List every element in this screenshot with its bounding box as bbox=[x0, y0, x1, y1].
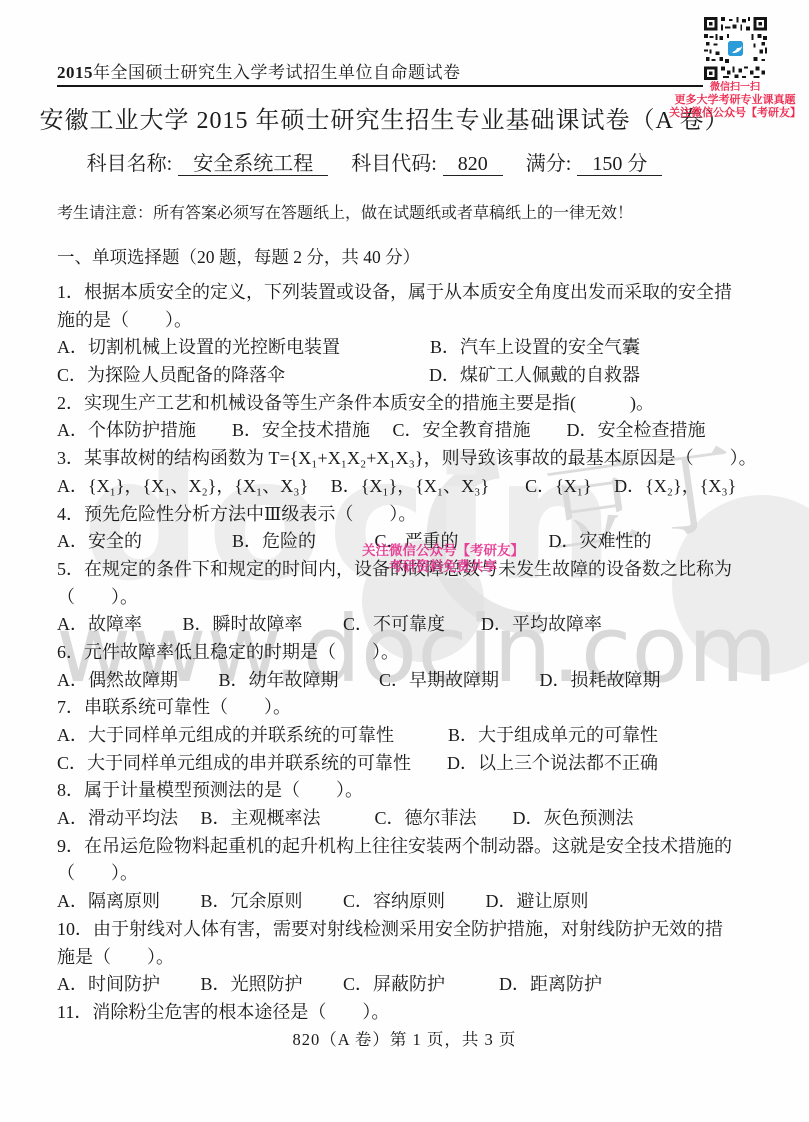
question-line: C．大于同样单元组成的串并联系统的可靠性 D．以上三个说法都不正确 bbox=[57, 750, 767, 778]
qr-caption-follow: 关注微信公众号【考研友】 bbox=[662, 107, 808, 120]
subject-name-value: 安全系统工程 bbox=[178, 153, 328, 176]
question-list: 1．根据本质安全的定义，下列装置或设备，属于从本质安全角度出发而采取的安全措施的… bbox=[57, 279, 767, 1027]
header-year: 2015 bbox=[57, 63, 93, 82]
question-line: A．时间防护 B．光照防护 C．屏蔽防护 D．距离防护 bbox=[57, 971, 767, 999]
question-line: （ ）。 bbox=[57, 860, 767, 888]
wechat-watermark-line1: 关注微信公众号【考研友】 bbox=[348, 543, 538, 559]
exam-paper-page: docin 豆丁 www.docin.com 关注微信公众号【考研友】 考研资料… bbox=[0, 0, 809, 1122]
qr-block: 微信扫一扫 更多大学考研专业课真题 关注微信公众号【考研友】 bbox=[662, 17, 808, 119]
header-text: 年全国硕士研究生入学考试招生单位自命题试卷 bbox=[93, 63, 461, 82]
qr-code-icon bbox=[704, 17, 767, 80]
wechat-watermark-line2: 考研资料免费共享 bbox=[348, 559, 538, 575]
subject-score-value: 150 分 bbox=[577, 153, 662, 176]
question-line: A．隔离原则 B．冗余原则 C．容纳原则 D．避让原则 bbox=[57, 888, 767, 916]
question-line: 2．实现生产工艺和机械设备等生产条件本质安全的措施主要是指( )。 bbox=[57, 390, 767, 418]
subject-code-label: 科目代码: bbox=[351, 153, 437, 175]
page-footer: 820（A 卷）第 1 页，共 3 页 bbox=[0, 1026, 809, 1050]
header-rule bbox=[57, 85, 703, 87]
question-line: A．{X₁}，{X₁、X₂}，{X₁、X₃} B．{X₁}，{X₁、X₃} C．… bbox=[57, 473, 767, 501]
question-line: 11．消除粉尘危害的根本途径是（ ）。 bbox=[57, 999, 767, 1027]
question-line: A．故障率 B．瞬时故障率 C．不可靠度 D．平均故障率 bbox=[57, 611, 767, 639]
question-line: A．个体防护措施 B．安全技术措施 C．安全教育措施 D．安全检查措施 bbox=[57, 417, 767, 445]
question-line: 7．串联系统可靠性（ ）。 bbox=[57, 694, 767, 722]
subject-line: 科目名称:安全系统工程 科目代码:820 满分:150 分 bbox=[0, 147, 749, 176]
question-line: 施的是（ ）。 bbox=[57, 307, 767, 335]
candidate-notice: 考生请注意：所有答案必须写在答题纸上，做在试题纸或者草稿纸上的一律无效！ bbox=[57, 200, 633, 223]
page-title: 安徽工业大学 2015 年硕士研究生招生专业基础课试卷（A 卷） bbox=[0, 100, 769, 135]
question-line: 3．某事故树的结构函数为 T={X₁+X₁X₂+X₁X₃}，则导致该事故的最基本… bbox=[57, 445, 767, 473]
question-line: 1．根据本质安全的定义，下列装置或设备，属于从本质安全角度出发而采取的安全措 bbox=[57, 279, 767, 307]
question-line: A．偶然故障期 B．幼年故障期 C．早期故障期 D．损耗故障期 bbox=[57, 667, 767, 695]
question-line: 8．属于计量模型预测法的是（ ）。 bbox=[57, 777, 767, 805]
qr-caption-more: 更多大学考研专业课真题 bbox=[662, 94, 808, 107]
question-line: A．滑动平均法 B．主观概率法 C．德尔菲法 D．灰色预测法 bbox=[57, 805, 767, 833]
question-line: 10．由于射线对人体有害，需要对射线检测采用安全防护措施，对射线防护无效的措 bbox=[57, 916, 767, 944]
subject-code-value: 820 bbox=[443, 153, 503, 176]
subject-name-label: 科目名称: bbox=[87, 153, 173, 175]
section-title: 一、单项选择题（20 题，每题 2 分，共 40 分） bbox=[57, 244, 420, 269]
question-line: 施是（ ）。 bbox=[57, 944, 767, 972]
question-line: 9．在吊运危险物料起重机的起升机构上往往安装两个制动器。这就是安全技术措施的 bbox=[57, 833, 767, 861]
qr-caption-scan: 微信扫一扫 bbox=[662, 82, 808, 94]
question-line: A．切割机械上设置的光控断电装置 B．汽车上设置的安全气囊 bbox=[57, 334, 767, 362]
question-line: 6．元件故障率低且稳定的时期是（ ）。 bbox=[57, 639, 767, 667]
wechat-watermark: 关注微信公众号【考研友】 考研资料免费共享 bbox=[348, 543, 538, 574]
question-line: （ ）。 bbox=[57, 584, 767, 612]
question-line: A．大于同样单元组成的并联系统的可靠性 B．大于组成单元的可靠性 bbox=[57, 722, 767, 750]
subject-score-label: 满分: bbox=[526, 153, 572, 175]
question-line: 4．预先危险性分析方法中Ⅲ级表示（ ）。 bbox=[57, 501, 767, 529]
exam-header-note: 2015年全国硕士研究生入学考试招生单位自命题试卷 bbox=[57, 58, 461, 83]
question-line: C．为探险人员配备的降落伞 D．煤矿工人佩戴的自救器 bbox=[57, 362, 767, 390]
